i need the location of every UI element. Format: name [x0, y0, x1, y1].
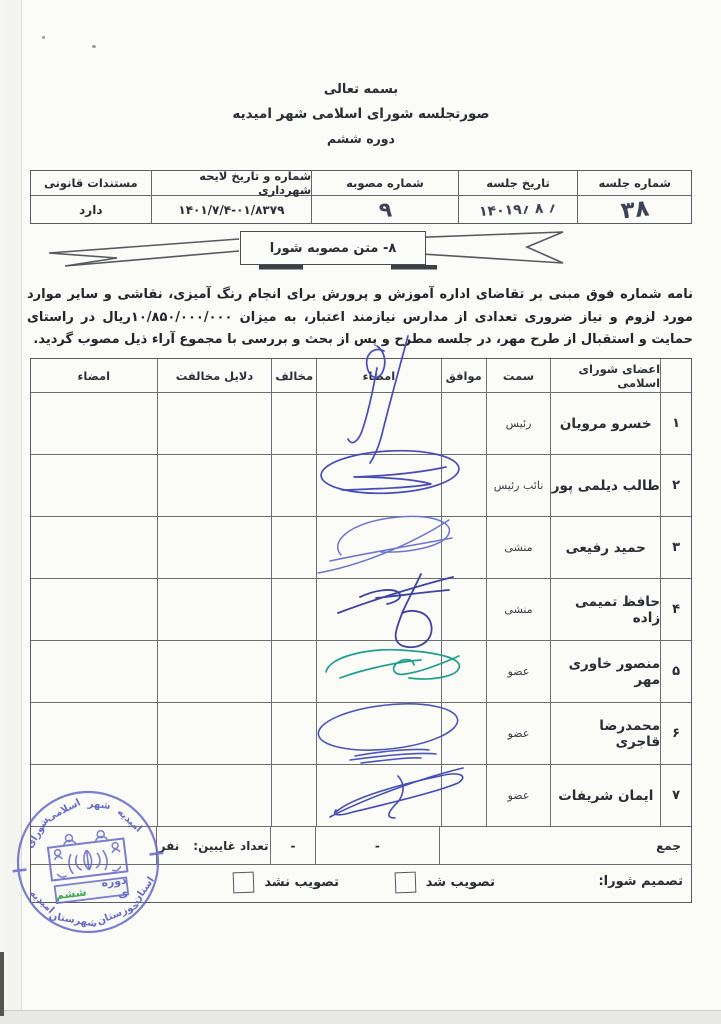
- scan-edge-bottom: [0, 1010, 721, 1024]
- resolution-text: نامه شماره فوق مبنی بر تقاضای اداره آموز…: [27, 284, 693, 352]
- rejected-option: تصویب نشد: [233, 872, 339, 893]
- scanned-document-page: بسمه تعالی صورتجلسه شورای اسلامی شهر امی…: [0, 0, 721, 1024]
- session-date-label: تاریخ جلسه: [458, 171, 578, 196]
- info-table-header-row: شماره جلسه تاریخ جلسه شماره مصوبه شماره …: [31, 171, 691, 196]
- resolution-number-value: ۹: [377, 197, 392, 222]
- against-header: مخالف: [271, 359, 316, 393]
- member-name: محمدرضا قاجری: [550, 703, 660, 765]
- row-number: ۱: [660, 393, 691, 455]
- row-number: ۶: [660, 703, 691, 765]
- signature-header: امضاء: [31, 359, 157, 393]
- absent-count-cell: تعداد غایبین: نفر: [156, 827, 270, 865]
- members-header: اعضای شورای اسلامی: [550, 359, 660, 393]
- ink-speck: [42, 36, 45, 39]
- position-header: سمت: [486, 359, 551, 393]
- banner-title: ۸- متن مصوبه شورا: [240, 231, 426, 265]
- member-name: خسرو مرویان: [550, 393, 660, 455]
- row-number-header: [660, 359, 691, 393]
- member-position: نائب رئیس: [486, 455, 551, 517]
- member-name: طالب دیلمی پور: [550, 455, 660, 517]
- iran-emblem-icon: [68, 848, 108, 874]
- row-number: ۲: [660, 455, 691, 517]
- row-number: ۴: [660, 579, 691, 641]
- member-name: ایمان شریفات: [550, 765, 660, 827]
- member-position: عضو: [486, 765, 551, 827]
- resolution-banner: ۸- متن مصوبه شورا: [41, 226, 571, 276]
- document-header: بسمه تعالی صورتجلسه شورای اسلامی شهر امی…: [161, 82, 561, 146]
- member-row: ۲ طالب دیلمی پور نائب رئیس: [31, 455, 691, 517]
- legal-docs-value: دارد: [31, 196, 151, 223]
- session-number-label: شماره جلسه: [577, 171, 691, 196]
- decision-label: تصمیم شورا:: [598, 874, 683, 889]
- approved-option: تصویب شد: [395, 872, 495, 893]
- agree-total: -: [315, 827, 439, 865]
- approved-label: تصویب شد: [426, 875, 495, 890]
- stamp-term-word: ششم: [55, 885, 87, 902]
- bismillah-text: بسمه تعالی: [161, 82, 561, 97]
- member-row: ۳ حمید رفیعی منشی: [31, 517, 691, 579]
- reasons-header: دلایل مخالفت: [157, 359, 272, 393]
- approved-checkbox: [394, 872, 416, 894]
- resolution-number-label: شماره مصوبه: [311, 171, 458, 196]
- bill-number-value: ۱۴۰۱/۷/۴-۰۱/۸۳۷۹: [178, 203, 284, 217]
- legal-docs-label: مستندات قانونی: [31, 171, 151, 196]
- member-position: منشی: [486, 579, 551, 641]
- stamp-term-prefix: دوره ی: [90, 873, 129, 903]
- ink-speck: [92, 45, 96, 48]
- member-row: ۶ محمدرضا قاجری عضو: [31, 703, 691, 765]
- member-name: حمید رفیعی: [550, 517, 660, 579]
- rejected-checkbox: [233, 872, 255, 894]
- signature-mid-header: امضاء: [316, 359, 441, 393]
- member-position: منشی: [486, 517, 551, 579]
- session-date-value: ۱۴۰۱؍ ۸ ؍۹: [479, 199, 557, 219]
- member-name: حافظ تمیمی زاده: [550, 579, 660, 641]
- agree-header: موافق: [441, 359, 486, 393]
- session-number-value: ۳۸: [619, 195, 650, 224]
- row-number: ۷: [660, 765, 691, 827]
- rejected-label: تصویب نشد: [264, 875, 339, 890]
- member-name: منصور خاوری مهر: [550, 641, 660, 703]
- member-position: عضو: [486, 703, 551, 765]
- member-row: ۱ خسرو مرویان رئیس: [31, 393, 691, 455]
- sum-label: جمع: [439, 827, 691, 865]
- info-table-value-row: ۳۸ ۱۴۰۱؍ ۸ ؍۹ ۹ ۱۴۰۱/۷/۴-۰۱/۸۳۷۹ دارد: [31, 196, 691, 223]
- vote-table-header-row: اعضای شورای اسلامی سمت موافق امضاء مخالف…: [31, 359, 691, 393]
- member-position: عضو: [486, 641, 551, 703]
- member-row: ۴ حافظ تمیمی زاده منشی: [31, 579, 691, 641]
- row-number: ۳: [660, 517, 691, 579]
- bill-number-label: شماره و تاریخ لایحه شهرداری: [151, 171, 312, 196]
- member-position: رئیس: [486, 393, 551, 455]
- row-number: ۵: [660, 641, 691, 703]
- absent-count-label: تعداد غایبین:: [193, 839, 268, 853]
- council-term: دوره ششم: [161, 131, 561, 146]
- council-stamp: شورای اسلامی شهر امیدیه استان خوزستان شه…: [3, 777, 172, 946]
- member-row: ۵ منصور خاوری مهر عضو: [31, 641, 691, 703]
- document-title: صورتجلسه شورای اسلامی شهر امیدیه: [161, 106, 561, 122]
- against-total: -: [270, 827, 315, 865]
- session-info-table: شماره جلسه تاریخ جلسه شماره مصوبه شماره …: [30, 170, 692, 224]
- scan-edge-corner: [0, 952, 4, 1016]
